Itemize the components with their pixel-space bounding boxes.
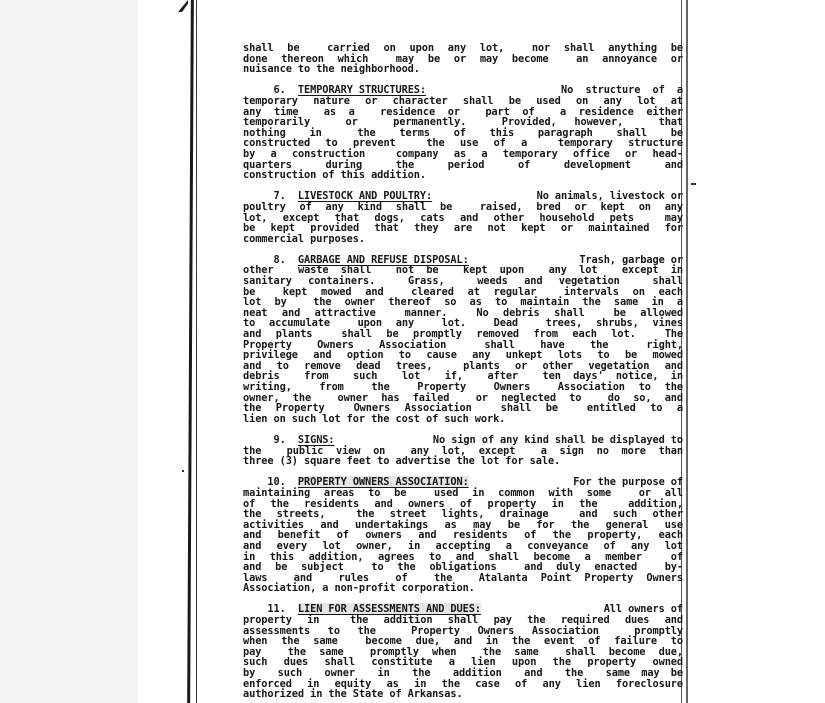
section-paragraph: 10. PROPERTY OWNERS ASSOCIATION:For the … [243,477,683,594]
section-paragraph: 6. TEMPORARY STRUCTURES:No structure of … [243,85,683,180]
text-line: three (3) square feet to advertise the l… [243,456,683,467]
text-line: lien on such lot for the cost of such wo… [243,414,683,425]
section-paragraph: 7. LIVESTOCK AND POULTRY:No animals, liv… [243,191,683,244]
text-line: poultry of any kind shall be raised, bre… [243,202,683,213]
text-line: nuisance to the neighborhood. [243,64,683,75]
text-line: writing, from the Property Owners Associ… [243,382,683,393]
section-paragraph: 9. SIGNS:No sign of any kind shall be di… [243,435,683,467]
text-line: by a construction company as a temporary… [243,149,683,160]
scan-artifact-dot [182,470,184,472]
document-viewer: shall be carried on upon any lot, nor sh… [0,0,825,703]
text-line: shall be carried on upon any lot, nor sh… [243,43,683,54]
section-first-line-text: No sign of any kind shall be displayed t… [433,435,683,446]
viewer-background [0,0,138,703]
text-line: maintaining areas to be used in common w… [243,488,683,499]
text-line: commercial purposes. [243,234,683,245]
intro-paragraph: shall be carried on upon any lot, nor sh… [243,43,683,75]
text-line: temporary nature or character shall be u… [243,96,683,107]
text-line: authorized in the State of Arkansas. [243,689,683,700]
scan-artifact-mark [691,183,696,185]
left-margin-rule-inner [196,0,197,703]
text-line: construction of this addition. [243,170,683,181]
sections-container: 6. TEMPORARY STRUCTURES:No structure of … [243,85,683,699]
right-margin-rule-outer [686,0,688,703]
text-line: Association, a non-profit corporation. [243,583,683,594]
text-line: and every lot owner, in accepting a conv… [243,541,683,552]
document-body: shall be carried on upon any lot, nor sh… [243,43,683,703]
left-margin-rule [187,0,194,703]
scanned-page: shall be carried on upon any lot, nor sh… [138,0,825,703]
section-paragraph: 11. LIEN FOR ASSESSMENTS AND DUES:All ow… [243,604,683,699]
section-first-line: 9. SIGNS:No sign of any kind shall be di… [243,435,683,446]
binding-mark [178,0,188,12]
section-paragraph: 8. GARBAGE AND REFUSE DISPOSAL:Trash, ga… [243,255,683,425]
